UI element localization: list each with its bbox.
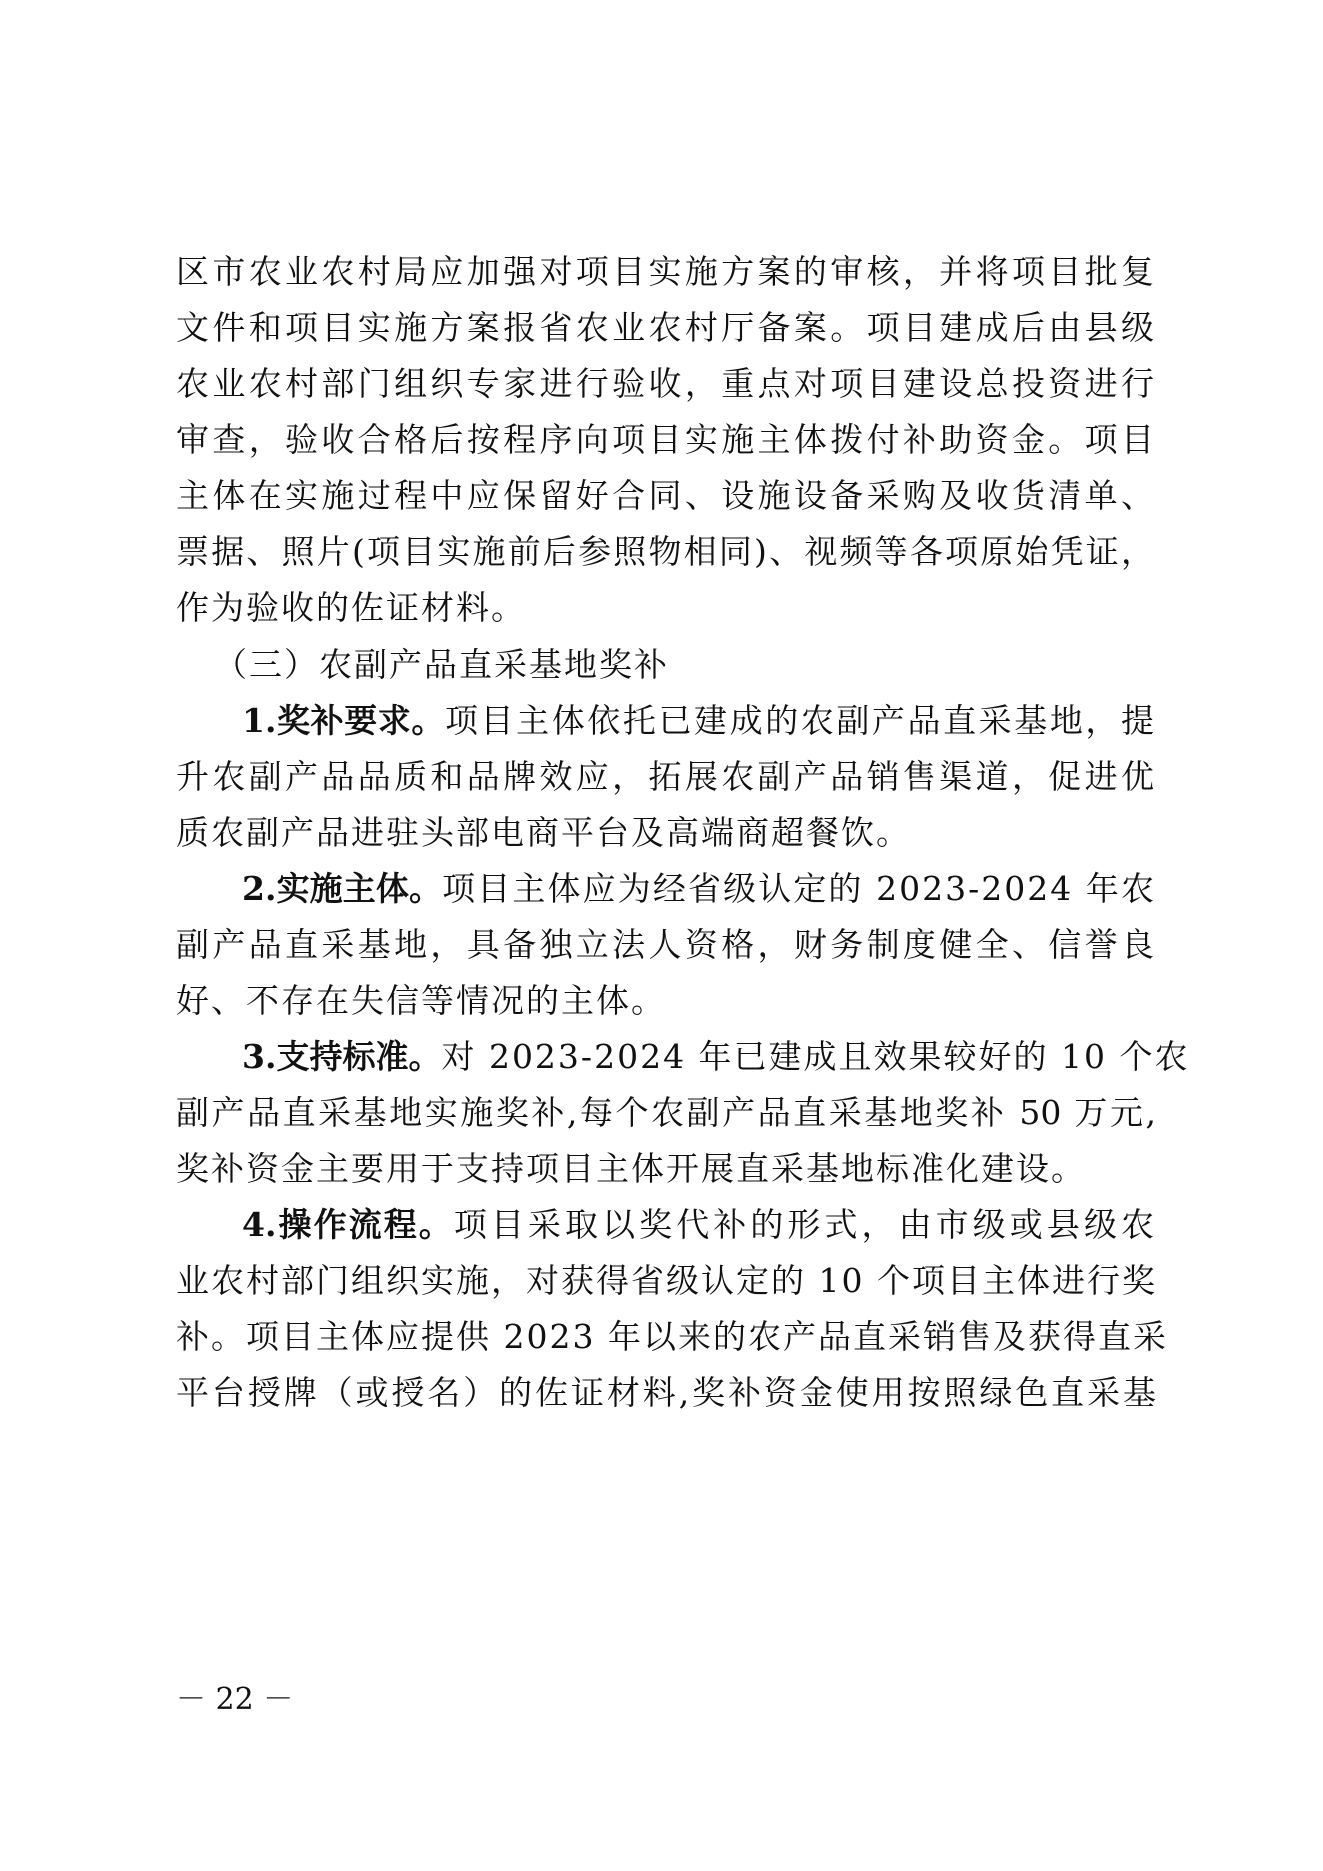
item-4-first-line: 4.操作流程。项目采取以奖代补的形式，由市级或县级农	[242, 1205, 1156, 1245]
item-4-line: 平台授牌（或授名）的佐证材料,奖补资金使用按照绿色直采基	[176, 1373, 1156, 1413]
item-1-text: 项目主体依托已建成的农副产品直采基地，提	[445, 701, 1156, 740]
paragraph-line: 审查，验收合格后按程序向项目实施主体拨付补助资金。项目	[176, 420, 1156, 460]
item-3-line: 副产品直采基地实施奖补,每个农副产品直采基地奖补 50 万元,	[176, 1093, 1156, 1133]
item-2-title: 2.实施主体。	[242, 869, 442, 908]
item-3-text: 对 2023-2024 年已建成且效果较好的 10 个农	[441, 1037, 1189, 1076]
item-1-first-line: 1.奖补要求。项目主体依托已建成的农副产品直采基地，提	[242, 701, 1156, 741]
item-4-title: 4.操作流程。	[242, 1205, 454, 1244]
item-3-line: 奖补资金主要用于支持项目主体开展直采基地标准化建设。	[176, 1149, 1086, 1189]
paragraph-line: 农业农村部门组织专家进行验收，重点对项目建设总投资进行	[176, 364, 1156, 404]
item-2-first-line: 2.实施主体。项目主体应为经省级认定的 2023-2024 年农	[242, 869, 1156, 909]
paragraph-line: 主体在实施过程中应保留好合同、设施设备采购及收货清单、	[176, 476, 1156, 516]
paragraph-line: 文件和项目实施方案报省农业农村厅备案。项目建成后由县级	[176, 308, 1156, 348]
item-3-title: 3.支持标准。	[242, 1037, 441, 1076]
section-heading: （三）农副产品直采基地奖补	[214, 645, 669, 685]
paragraph-line: 票据、照片(项目实施前后参照物相同)、视频等各项原始凭证，	[176, 532, 1156, 572]
paragraph-line: 作为验收的佐证材料。	[176, 588, 526, 628]
item-1-line: 升农副产品品质和品牌效应，拓展农副产品销售渠道，促进优	[176, 757, 1156, 797]
item-1-title: 1.奖补要求。	[242, 701, 445, 740]
item-2-line: 好、不存在失信等情况的主体。	[176, 981, 666, 1021]
paragraph-line: 区市农业农村局应加强对项目实施方案的审核，并将项目批复	[176, 252, 1156, 292]
item-1-line: 质农副产品进驻头部电商平台及高端商超餐饮。	[176, 813, 911, 853]
item-3-first-line: 3.支持标准。对 2023-2024 年已建成且效果较好的 10 个农	[242, 1037, 1156, 1077]
item-4-line: 业农村部门组织实施，对获得省级认定的 10 个项目主体进行奖	[176, 1261, 1156, 1301]
page-number: － 22 －	[176, 1682, 293, 1718]
item-2-line: 副产品直采基地，具备独立法人资格，财务制度健全、信誉良	[176, 925, 1156, 965]
item-4-text: 项目采取以奖代补的形式，由市级或县级农	[454, 1205, 1156, 1244]
item-4-line: 补。项目主体应提供 2023 年以来的农产品直采销售及获得直采	[176, 1317, 1156, 1357]
item-2-text: 项目主体应为经省级认定的 2023-2024 年农	[442, 869, 1156, 908]
